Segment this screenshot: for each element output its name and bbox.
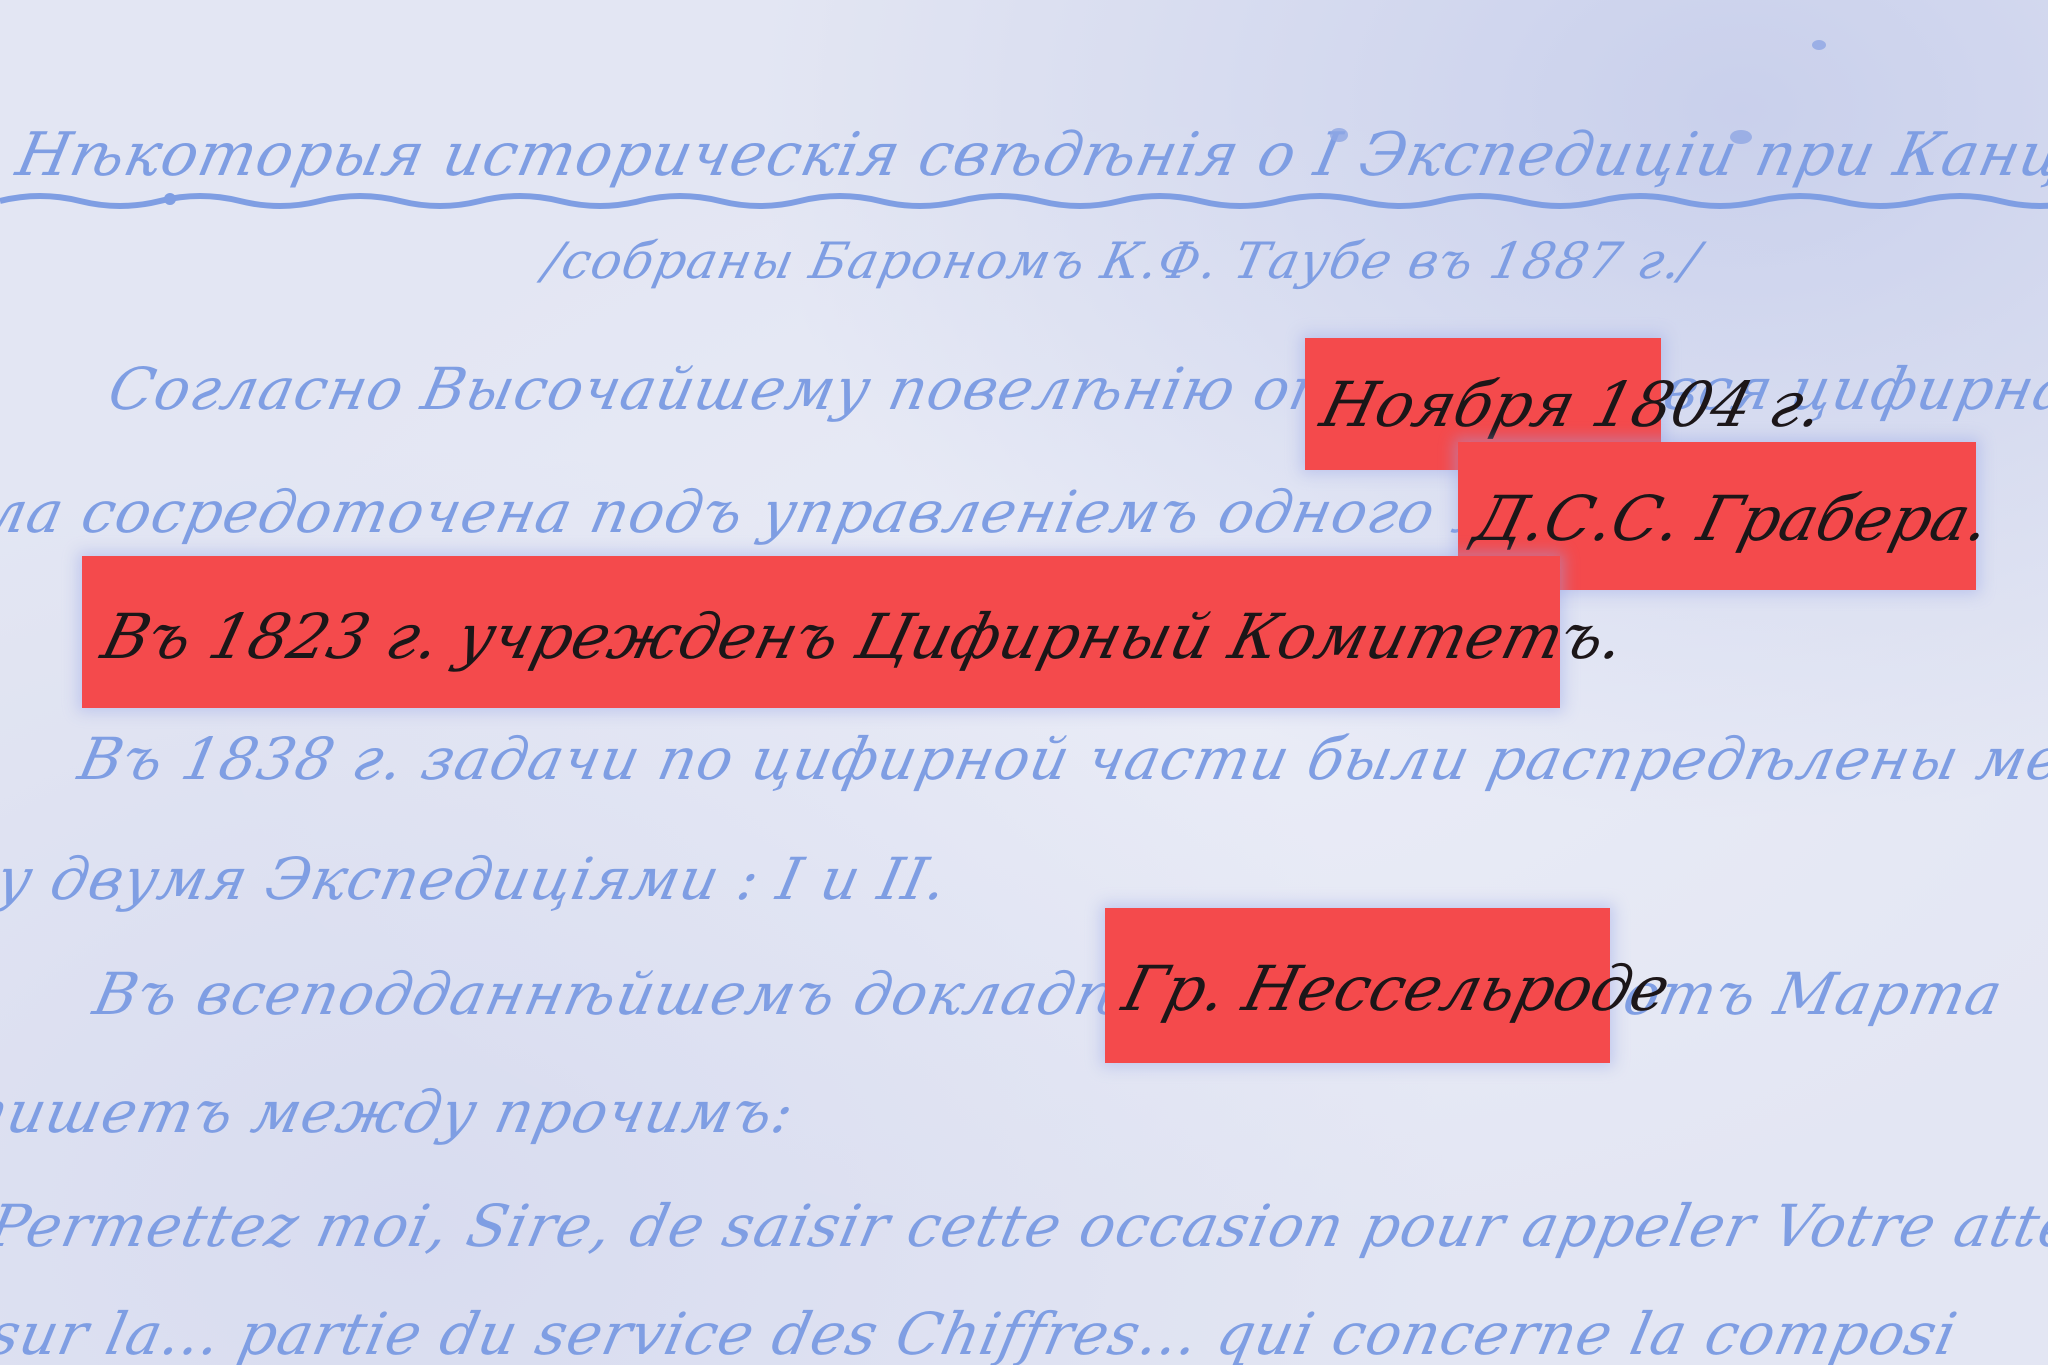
manuscript-page: Нѣкоторыя историческія свѣдѣнія о I Эксп…: [0, 0, 2048, 1365]
text-line-8: Permettez moi, Sire, de saisir cette occ…: [0, 1192, 2048, 1260]
text-line-2: ла сосредоточена подъ управленіемъ одног…: [0, 478, 1655, 546]
text-line-1: Согласно Высочайшему повелѣнію отъ 7: [103, 355, 1451, 423]
highlight-text-name: Д.С.С. Грабера.: [1467, 482, 1998, 555]
ink-speck: [1812, 40, 1826, 50]
highlight-box-committee: Въ 1823 г. учрежденъ Цифирный Комитетъ.: [82, 556, 1560, 708]
text-line-6-end: отъ Марта: [1618, 960, 2009, 1028]
text-line-9: sur la... partie du service des Chiffres…: [0, 1300, 1963, 1365]
ink-speck: [1330, 128, 1348, 142]
document-subtitle: /собраны Барономъ К.Ф. Таубе въ 1887 г./: [539, 232, 1706, 290]
title-underline: [0, 186, 2048, 216]
text-line-6: Въ всеподданнѣйшемъ докладѣ: [88, 960, 1135, 1028]
text-line-7: пишетъ между прочимъ:: [0, 1078, 801, 1146]
highlight-box-nesselrode: Гр. Нессельроде: [1105, 908, 1610, 1063]
text-line-5: ду двумя Экспедиціями : I и II.: [0, 845, 954, 913]
text-line-4: Въ 1838 г. задачи по цифирной части были…: [73, 725, 2048, 793]
highlight-text-committee: Въ 1823 г. учрежденъ Цифирный Комитетъ.: [95, 600, 1632, 673]
highlight-text-date: Ноября 1804 г.: [1314, 368, 1831, 441]
ink-speck: [1730, 130, 1752, 144]
highlight-text-nesselrode: Гр. Нессельроде: [1116, 952, 1677, 1025]
